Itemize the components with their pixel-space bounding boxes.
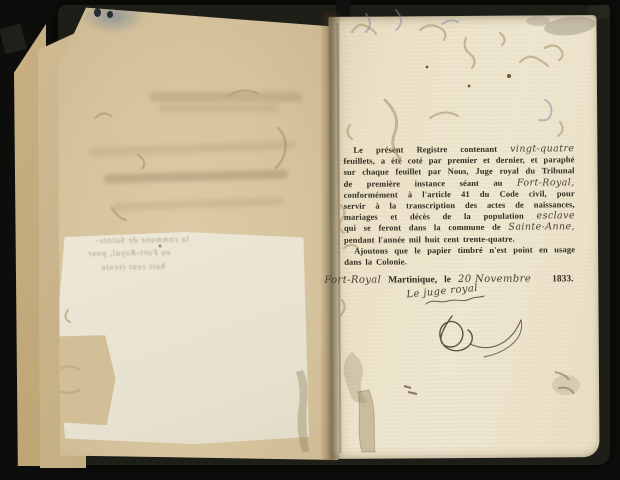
left-page: la commune de Sainte- au Fort-Royal, pou… <box>58 4 338 460</box>
ink-spot <box>94 8 101 17</box>
ghost-text-line: au Fort-Royal, pour <box>87 248 171 258</box>
printed-text: sur chaque feuillet par Nous, Juge royal… <box>344 166 575 178</box>
document-line: dans la Colonie. <box>344 255 575 268</box>
ink-spot <box>107 11 113 18</box>
book-scan: la commune de Sainte- au Fort-Royal, pou… <box>0 0 620 480</box>
printed-text: de première instance séant au <box>344 177 503 188</box>
handwritten-text: esclave <box>537 210 575 221</box>
printed-text: pendant l'année mil huit cent trente-qua… <box>344 233 515 244</box>
handwritten-text: vingt-quatre <box>510 143 574 154</box>
right-page: Le présent Registre contenant vingt-quat… <box>328 15 599 459</box>
cover-corner <box>0 24 27 55</box>
printed-text: mariages et décès de la population <box>344 211 524 222</box>
printed-text: Ajoutons que le papier timbré n'est poin… <box>354 244 575 256</box>
document-line: Ajoutons que le papier timbré n'est poin… <box>344 244 575 257</box>
printed-text: servir à la transcription des actes de n… <box>344 199 575 211</box>
repair-patch: la commune de Sainte- au Fort-Royal, pou… <box>55 231 311 446</box>
gutter-shadow <box>320 12 340 462</box>
printed-text: qui se feront dans la commune de <box>344 222 501 233</box>
ghost-line <box>88 140 296 156</box>
tan-patch <box>55 335 116 426</box>
ghost-heading <box>150 92 302 102</box>
handwritten-text: Fort-Royal, <box>517 177 575 188</box>
document-lines: Le présent Registre contenant vingt-quat… <box>343 143 575 268</box>
ghost-heading <box>158 105 278 112</box>
ghost-line <box>104 170 288 184</box>
date-line: Fort-RoyalMartinique,le20 Novembre1833. <box>324 273 573 286</box>
handwritten-text: Sainte-Anne, <box>508 222 575 233</box>
printed-text: dans la Colonie. <box>344 256 407 266</box>
ghost-text-line: la commune de Sainte- <box>95 235 189 245</box>
ghost-text-line: huit cent trente <box>101 262 165 272</box>
printed-text: 1833. <box>552 274 573 284</box>
printed-text: le <box>444 275 451 285</box>
document-line: qui se feront dans la commune de Sainte-… <box>344 222 575 235</box>
printed-text: feuillets, a été coté par premier et der… <box>343 154 574 166</box>
ghost-line <box>112 197 284 211</box>
printed-text: conformément à l'article 41 du Code civi… <box>344 188 575 200</box>
printed-text: Martinique, <box>388 275 437 285</box>
printed-text: Le présent Registre contenant <box>353 144 497 155</box>
